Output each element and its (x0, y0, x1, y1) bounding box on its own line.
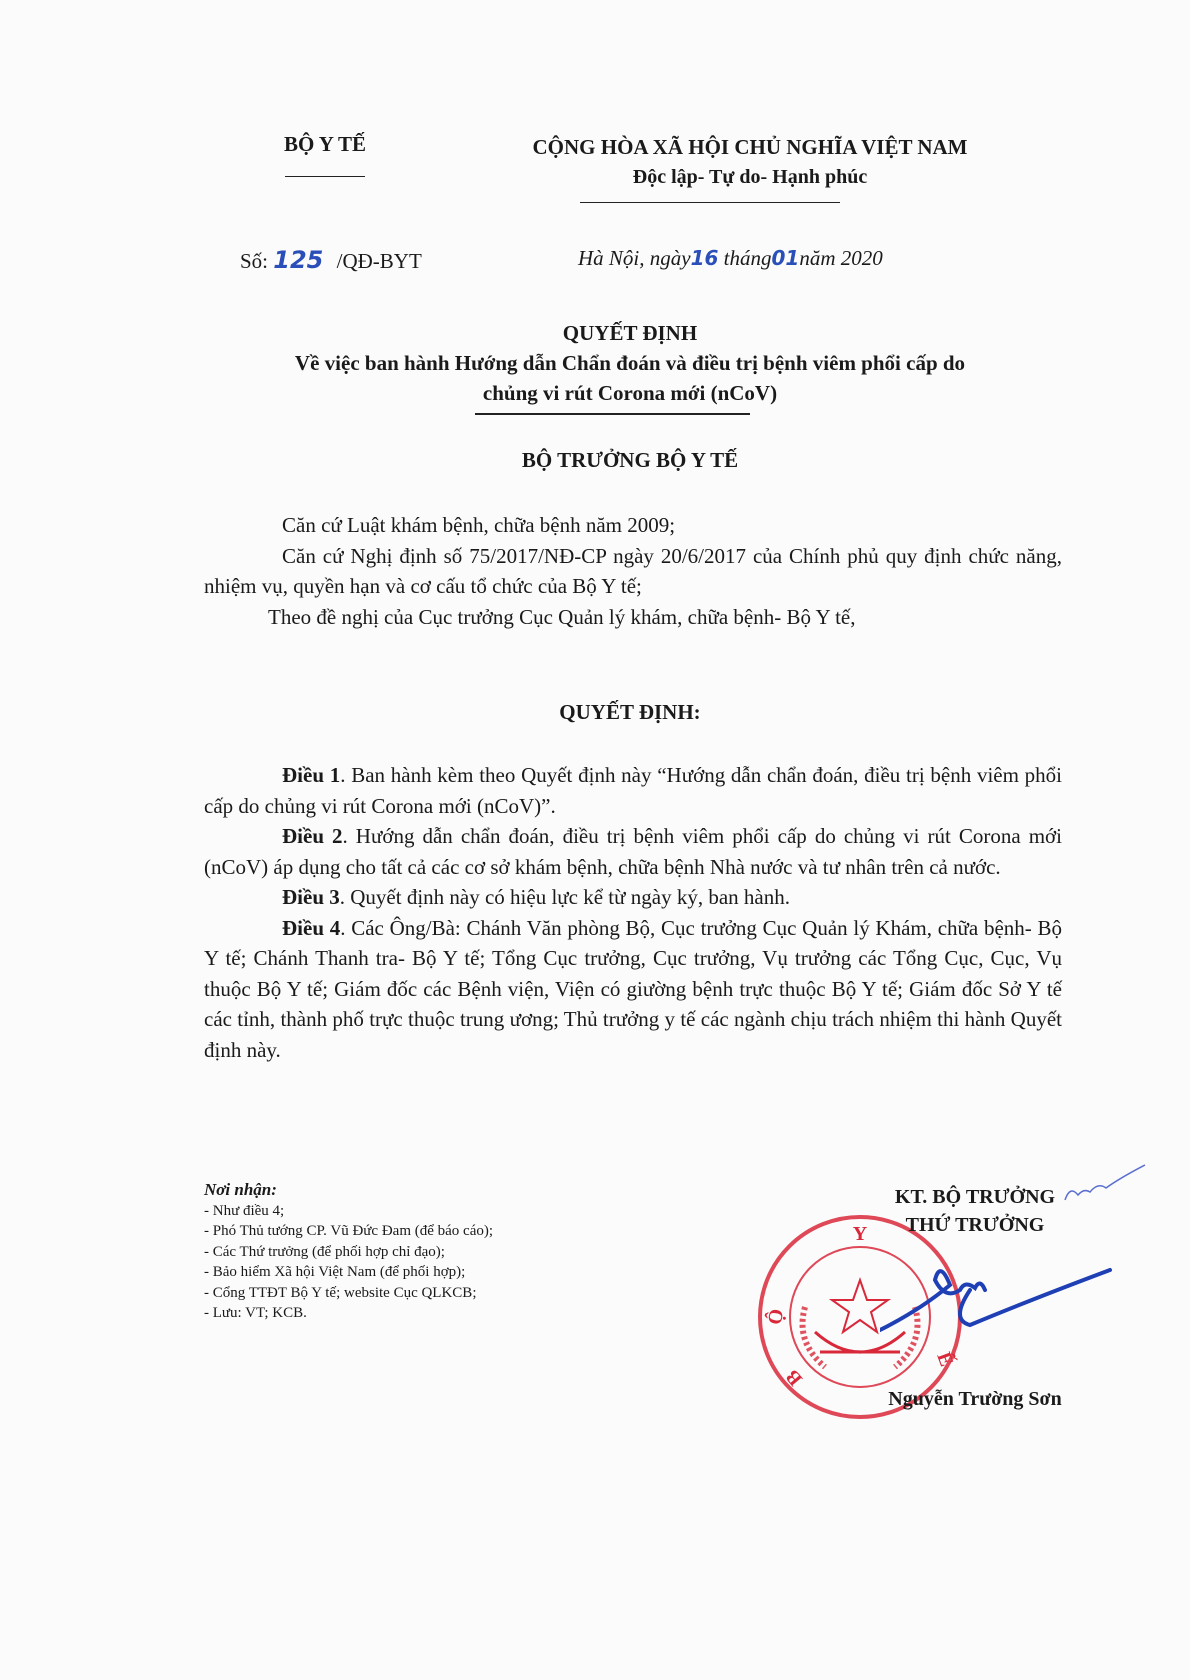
article-2: Điều 2. Hướng dẫn chẩn đoán, điều trị bệ… (204, 821, 1062, 882)
agency-underline (285, 176, 365, 177)
article-label: Điều 2 (282, 824, 343, 848)
preamble-item: Căn cứ Luật khám bệnh, chữa bệnh năm 200… (204, 510, 1062, 541)
document-number: Số: 125 /QĐ-BYT (240, 246, 422, 274)
recipient-item: - Bảo hiểm Xã hội Việt Nam (để phối hợp)… (204, 1262, 493, 1283)
title-underline (475, 413, 750, 415)
article-text: . Quyết định này có hiệu lực kể từ ngày … (340, 885, 790, 909)
agency-name: BỘ Y TẾ (250, 132, 400, 157)
decides-heading: QUYẾT ĐỊNH: (180, 700, 1080, 725)
national-header: CỘNG HÒA XÃ HỘI CHỦ NGHĨA VIỆT NAM Độc l… (470, 132, 1030, 192)
date-place: Hà Nội, ngày (578, 246, 691, 270)
svg-text:Ộ: Ộ (763, 1307, 788, 1326)
motto-underline (580, 202, 840, 203)
preamble-item: Theo đề nghị của Cục trưởng Cục Quản lý … (204, 602, 1062, 633)
recipient-item: - Lưu: VT; KCB. (204, 1303, 493, 1324)
recipient-item: - Cổng TTĐT Bộ Y tế; website Cục QLKCB; (204, 1283, 493, 1304)
signature-title-1: KT. BỘ TRƯỞNG (860, 1183, 1090, 1211)
article-1: Điều 1. Ban hành kèm theo Quyết định này… (204, 760, 1062, 821)
number-suffix: /QĐ-BYT (337, 249, 422, 273)
article-3: Điều 3. Quyết định này có hiệu lực kể từ… (204, 882, 1062, 913)
national-motto: Độc lập- Tự do- Hạnh phúc (470, 162, 1030, 192)
article-label: Điều 1 (282, 763, 340, 787)
recipients-block: Nơi nhận: - Như điều 4; - Phó Thủ tướng … (204, 1180, 493, 1324)
title-heading: QUYẾT ĐỊNH (180, 318, 1080, 348)
articles: Điều 1. Ban hành kèm theo Quyết định này… (204, 760, 1062, 1065)
handwritten-number: 125 (273, 246, 323, 274)
subject-line-1: Về việc ban hành Hướng dẫn Chẩn đoán và … (180, 348, 1080, 378)
article-label: Điều 4 (282, 916, 340, 940)
date-year: năm 2020 (799, 246, 882, 270)
recipients-heading: Nơi nhận: (204, 1180, 493, 1201)
handwritten-month: 01 (772, 246, 800, 270)
decision-title: QUYẾT ĐỊNH Về việc ban hành Hướng dẫn Ch… (180, 318, 1080, 408)
handwritten-signature-icon (880, 1240, 1120, 1360)
signature-block: KT. BỘ TRƯỞNG THỨ TRƯỞNG (860, 1183, 1090, 1239)
article-4: Điều 4. Các Ông/Bà: Chánh Văn phòng Bộ, … (204, 913, 1062, 1066)
preamble: Căn cứ Luật khám bệnh, chữa bệnh năm 200… (204, 510, 1062, 632)
recipient-item: - Như điều 4; (204, 1201, 493, 1222)
initials-scribble-icon (1060, 1160, 1150, 1210)
recipient-item: - Các Thứ trưởng (để phối hợp chỉ đạo); (204, 1242, 493, 1263)
preamble-item: Căn cứ Nghị định số 75/2017/NĐ-CP ngày 2… (204, 541, 1062, 602)
authority-heading: BỘ TRƯỞNG BỘ Y TẾ (180, 448, 1080, 473)
recipient-item: - Phó Thủ tướng CP. Vũ Đức Đam (để báo c… (204, 1221, 493, 1242)
date-month-label: tháng (724, 246, 772, 270)
subject-line-2: chủng vi rút Corona mới (nCoV) (180, 378, 1080, 408)
republic-name: CỘNG HÒA XÃ HỘI CHỦ NGHĨA VIỆT NAM (470, 132, 1030, 162)
number-prefix: Số: (240, 249, 268, 273)
handwritten-day: 16 (691, 246, 719, 270)
article-label: Điều 3 (282, 885, 340, 909)
issue-date: Hà Nội, ngày16 tháng01năm 2020 (578, 246, 883, 271)
signer-name: Nguyễn Trường Sơn (860, 1388, 1090, 1411)
signature-title-2: THỨ TRƯỞNG (860, 1211, 1090, 1239)
